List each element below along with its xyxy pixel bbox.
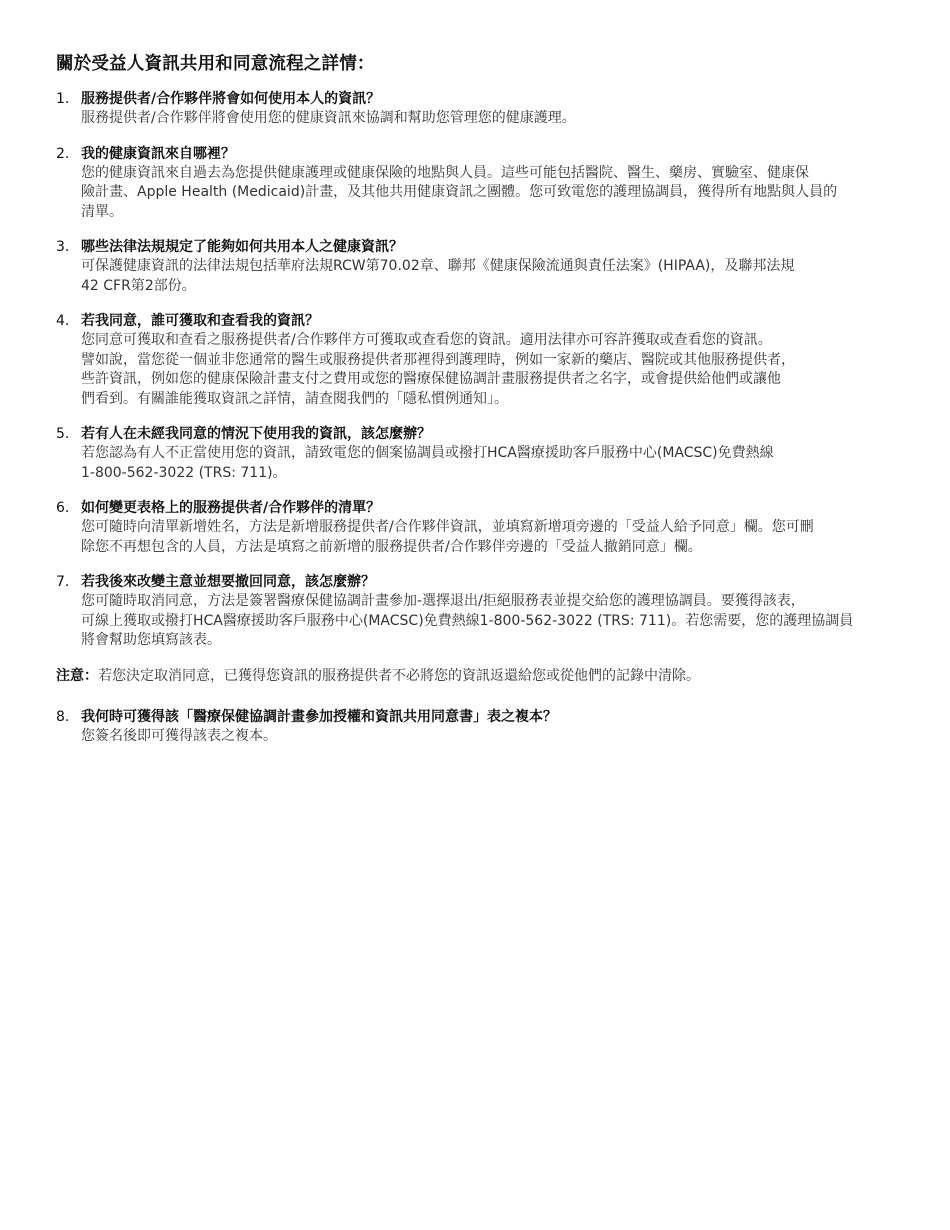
item-answer: 您的健康資訊來自過去為您提供健康護理或健康保險的地點與人員。這些可能包括醫院、醫…	[81, 164, 906, 223]
item-number: 7.	[56, 573, 69, 592]
item-answer: 您同意可獲取和查看之服務提供者/合作夥伴方可獲取或查看您的資訊。適用法律亦可容許…	[81, 331, 906, 409]
item-number: 6.	[56, 499, 69, 518]
item-question: 若我後來改變主意並想要撤回同意，該怎麼辦？	[81, 573, 906, 592]
note-paragraph: 注意：若您決定取消同意，已獲得您資訊的服務提供者不必將您的資訊返還給您或從他們的…	[56, 667, 906, 686]
item-question: 我的健康資訊來自哪裡？	[81, 145, 906, 164]
faq-item-8: 8. 我何時可獲得該「醫療保健協調計畫參加授權和資訊共用同意書」表之複本？ 您簽…	[56, 708, 906, 747]
faq-item-3: 3. 哪些法律法規規定了能夠如何共用本人之健康資訊？ 可保護健康資訊的法律法規包…	[56, 238, 906, 296]
item-question: 若我同意，誰可獲取和查看我的資訊？	[81, 312, 906, 331]
note-text: 若您決定取消同意，已獲得您資訊的服務提供者不必將您的資訊返還給您或從他們的記錄中…	[98, 668, 700, 684]
item-answer: 可保護健康資訊的法律法規包括華府法規RCW第70.02章、聯邦《健康保險流通與責…	[81, 257, 906, 296]
faq-item-6: 6. 如何變更表格上的服務提供者/合作夥伴的清單？ 您可隨時向清單新增姓名，方法…	[56, 499, 906, 557]
item-question: 哪些法律法規規定了能夠如何共用本人之健康資訊？	[81, 238, 906, 257]
item-answer: 您可隨時取消同意，方法是簽署醫療保健協調計畫參加-選擇退出/拒絕服務表並提交給您…	[81, 592, 906, 651]
item-number: 8.	[56, 708, 69, 727]
faq-item-2: 2. 我的健康資訊來自哪裡？ 您的健康資訊來自過去為您提供健康護理或健康保險的地…	[56, 145, 906, 223]
item-answer: 您可隨時向清單新增姓名，方法是新增服務提供者/合作夥伴資訊，並填寫新增項旁邊的「…	[81, 518, 906, 557]
item-answer: 服務提供者/合作夥伴將會使用您的健康資訊來協調和幫助您管理您的健康護理。	[81, 109, 906, 129]
item-number: 5.	[56, 425, 69, 444]
item-number: 4.	[56, 312, 69, 331]
item-answer: 若您認為有人不正當使用您的資訊，請致電您的個案協調員或撥打HCA醫療援助客戶服務…	[81, 444, 906, 483]
item-number: 3.	[56, 238, 69, 257]
item-question: 我何時可獲得該「醫療保健協調計畫參加授權和資訊共用同意書」表之複本？	[81, 708, 906, 727]
item-question: 如何變更表格上的服務提供者/合作夥伴的清單？	[81, 499, 906, 518]
item-answer: 您簽名後即可獲得該表之複本。	[81, 727, 906, 747]
faq-item-7: 7. 若我後來改變主意並想要撤回同意，該怎麼辦？ 您可隨時取消同意，方法是簽署醫…	[56, 573, 906, 651]
item-number: 1.	[56, 90, 69, 109]
item-question: 若有人在未經我同意的情況下使用我的資訊，該怎麼辦？	[81, 425, 906, 444]
item-question: 服務提供者/合作夥伴將會如何使用本人的資訊？	[81, 90, 906, 109]
item-number: 2.	[56, 145, 69, 164]
faq-item-1: 1. 服務提供者/合作夥伴將會如何使用本人的資訊？ 服務提供者/合作夥伴將會使用…	[56, 90, 906, 129]
faq-item-4: 4. 若我同意，誰可獲取和查看我的資訊？ 您同意可獲取和查看之服務提供者/合作夥…	[56, 312, 906, 409]
document-page: 關於受益人資訊共用和同意流程之詳情： 1. 服務提供者/合作夥伴將會如何使用本人…	[56, 52, 906, 762]
note-label: 注意：	[56, 668, 98, 684]
document-title: 關於受益人資訊共用和同意流程之詳情：	[56, 52, 906, 76]
faq-item-5: 5. 若有人在未經我同意的情況下使用我的資訊，該怎麼辦？ 若您認為有人不正當使用…	[56, 425, 906, 483]
